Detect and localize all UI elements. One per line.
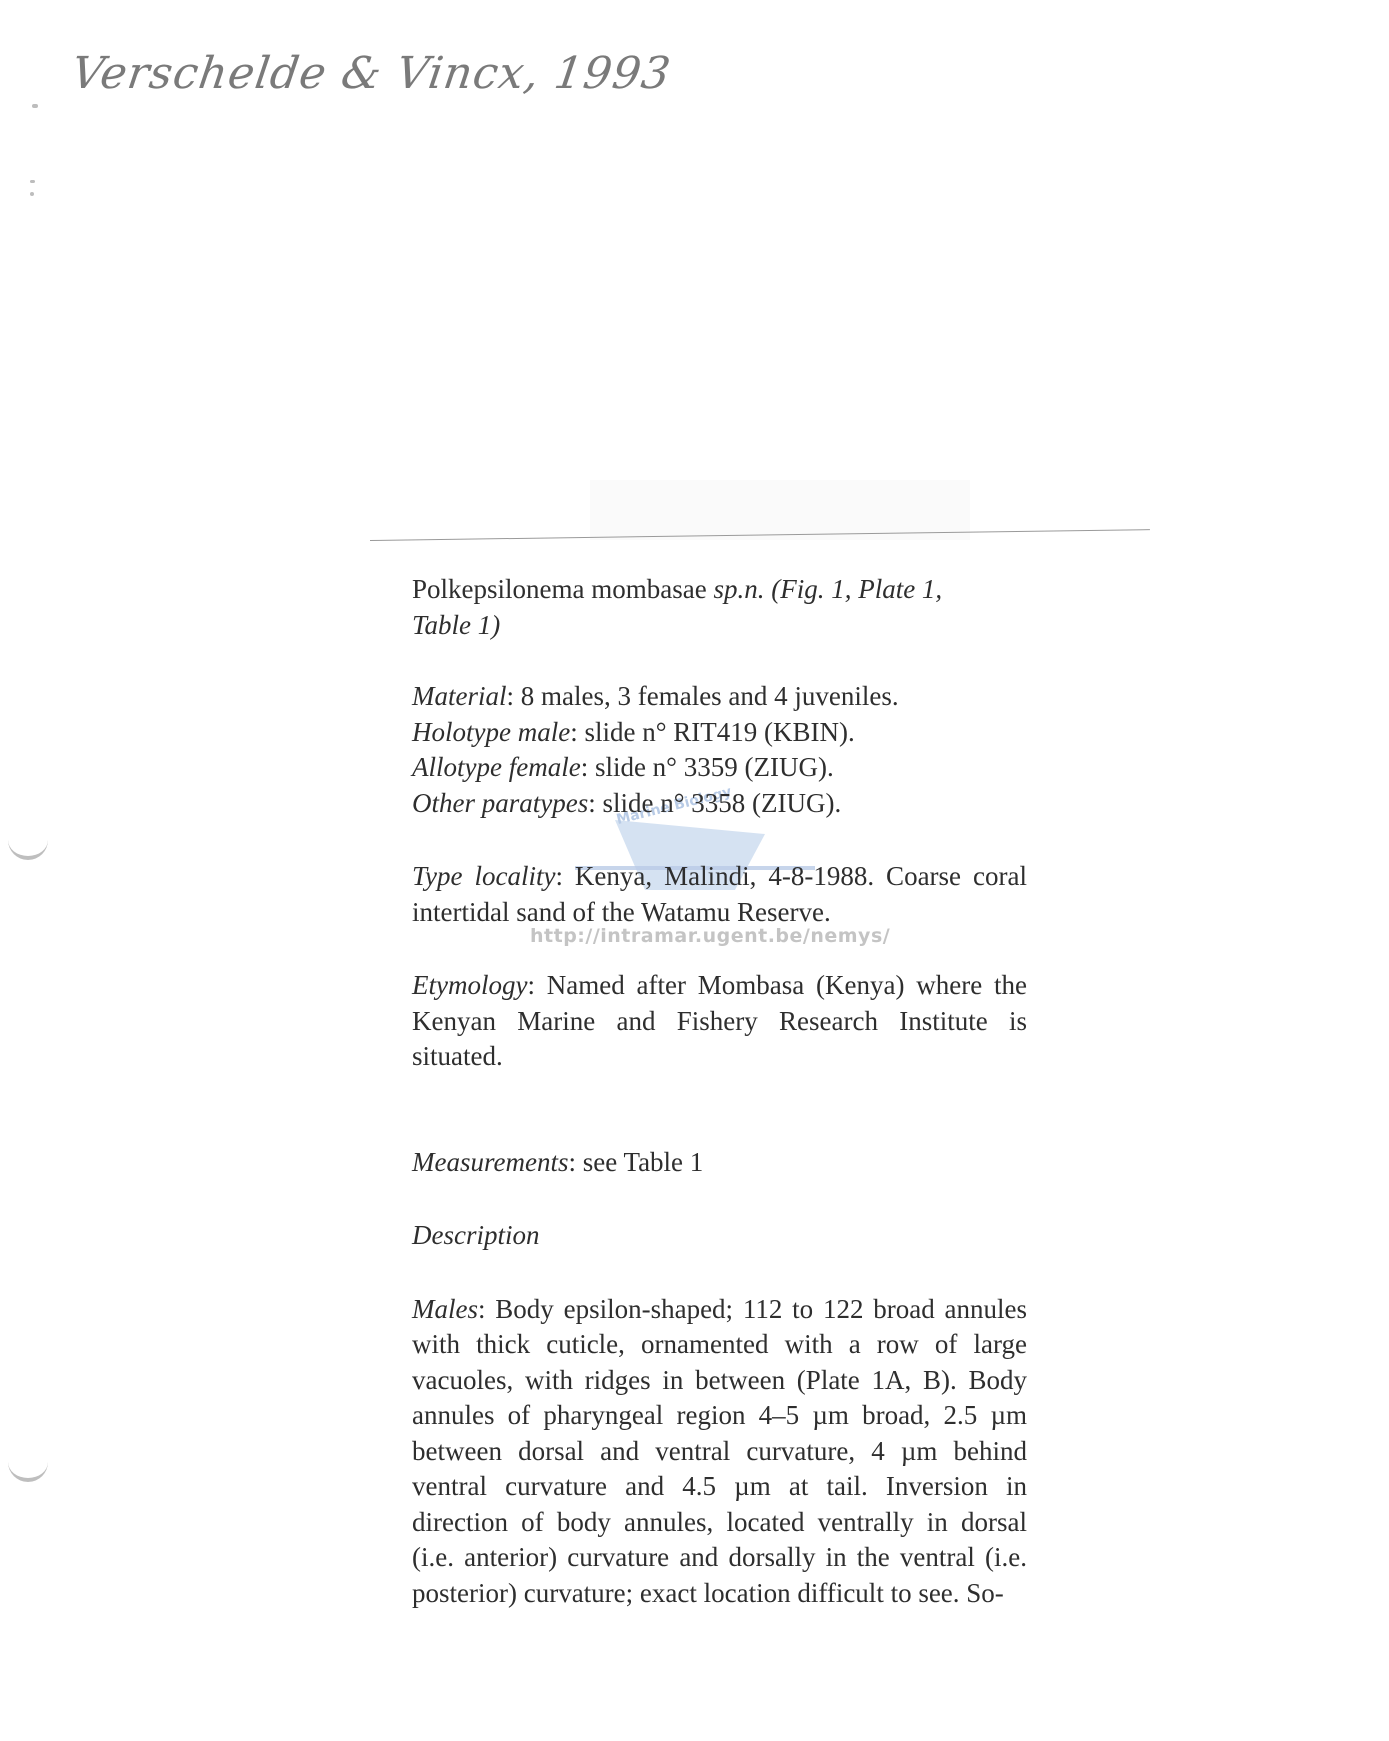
type-locality-paragraph: Type locality: Kenya, Malindi, 4-8-1988.… <box>412 859 1027 930</box>
material-value: : 8 males, 3 females and 4 juveniles. <box>507 681 899 711</box>
measurements-value: : see Table 1 <box>568 1147 703 1177</box>
paratypes-value: : slide n° 3358 (ZIUG). <box>588 788 841 818</box>
punch-hole-mark <box>8 1452 48 1482</box>
holotype-label: Holotype male <box>412 717 570 747</box>
measurements-label: Measurements <box>412 1147 568 1177</box>
etymology-paragraph: Etymology: Named after Mombasa (Kenya) w… <box>412 968 1027 1075</box>
scan-speck <box>30 192 34 196</box>
allotype-line: Allotype female: slide n° 3359 (ZIUG). <box>412 750 1027 786</box>
paratypes-line: Other paratypes: slide n° 3358 (ZIUG). <box>412 786 1027 822</box>
description-heading: Description <box>412 1218 1027 1254</box>
species-qualifier: sp.n. (Fig. 1, Plate 1, <box>713 574 942 604</box>
allotype-value: : slide n° 3359 (ZIUG). <box>581 752 834 782</box>
handwritten-citation: Verschelde & Vincx, 1993 <box>68 48 674 99</box>
etymology-label: Etymology <box>412 970 527 1000</box>
scan-speck <box>30 180 35 183</box>
holotype-line: Holotype male: slide n° RIT419 (KBIN). <box>412 715 1027 751</box>
material-label: Material <box>412 681 507 711</box>
paratypes-label: Other paratypes <box>412 788 588 818</box>
type-locality-label: Type locality <box>412 861 555 891</box>
males-value: : Body epsilon-shaped; 112 to 122 broad … <box>412 1294 1027 1608</box>
punch-hole-mark <box>8 830 48 860</box>
males-label: Males <box>412 1294 478 1324</box>
measurements-paragraph: Measurements: see Table 1 <box>412 1145 1027 1181</box>
species-heading: Polkepsilonema mombasae sp.n. (Fig. 1, P… <box>412 572 1027 643</box>
males-paragraph: Males: Body epsilon-shaped; 112 to 122 b… <box>412 1292 1027 1612</box>
holotype-value: : slide n° RIT419 (KBIN). <box>570 717 855 747</box>
species-name: Polkepsilonema mombasae <box>412 574 707 604</box>
material-line: Material: 8 males, 3 females and 4 juven… <box>412 679 1027 715</box>
document-body: Polkepsilonema mombasae sp.n. (Fig. 1, P… <box>412 572 1027 1611</box>
scan-shadow <box>590 480 970 540</box>
scan-speck <box>32 104 38 108</box>
allotype-label: Allotype female <box>412 752 581 782</box>
species-qualifier-cont: Table 1) <box>412 610 500 640</box>
